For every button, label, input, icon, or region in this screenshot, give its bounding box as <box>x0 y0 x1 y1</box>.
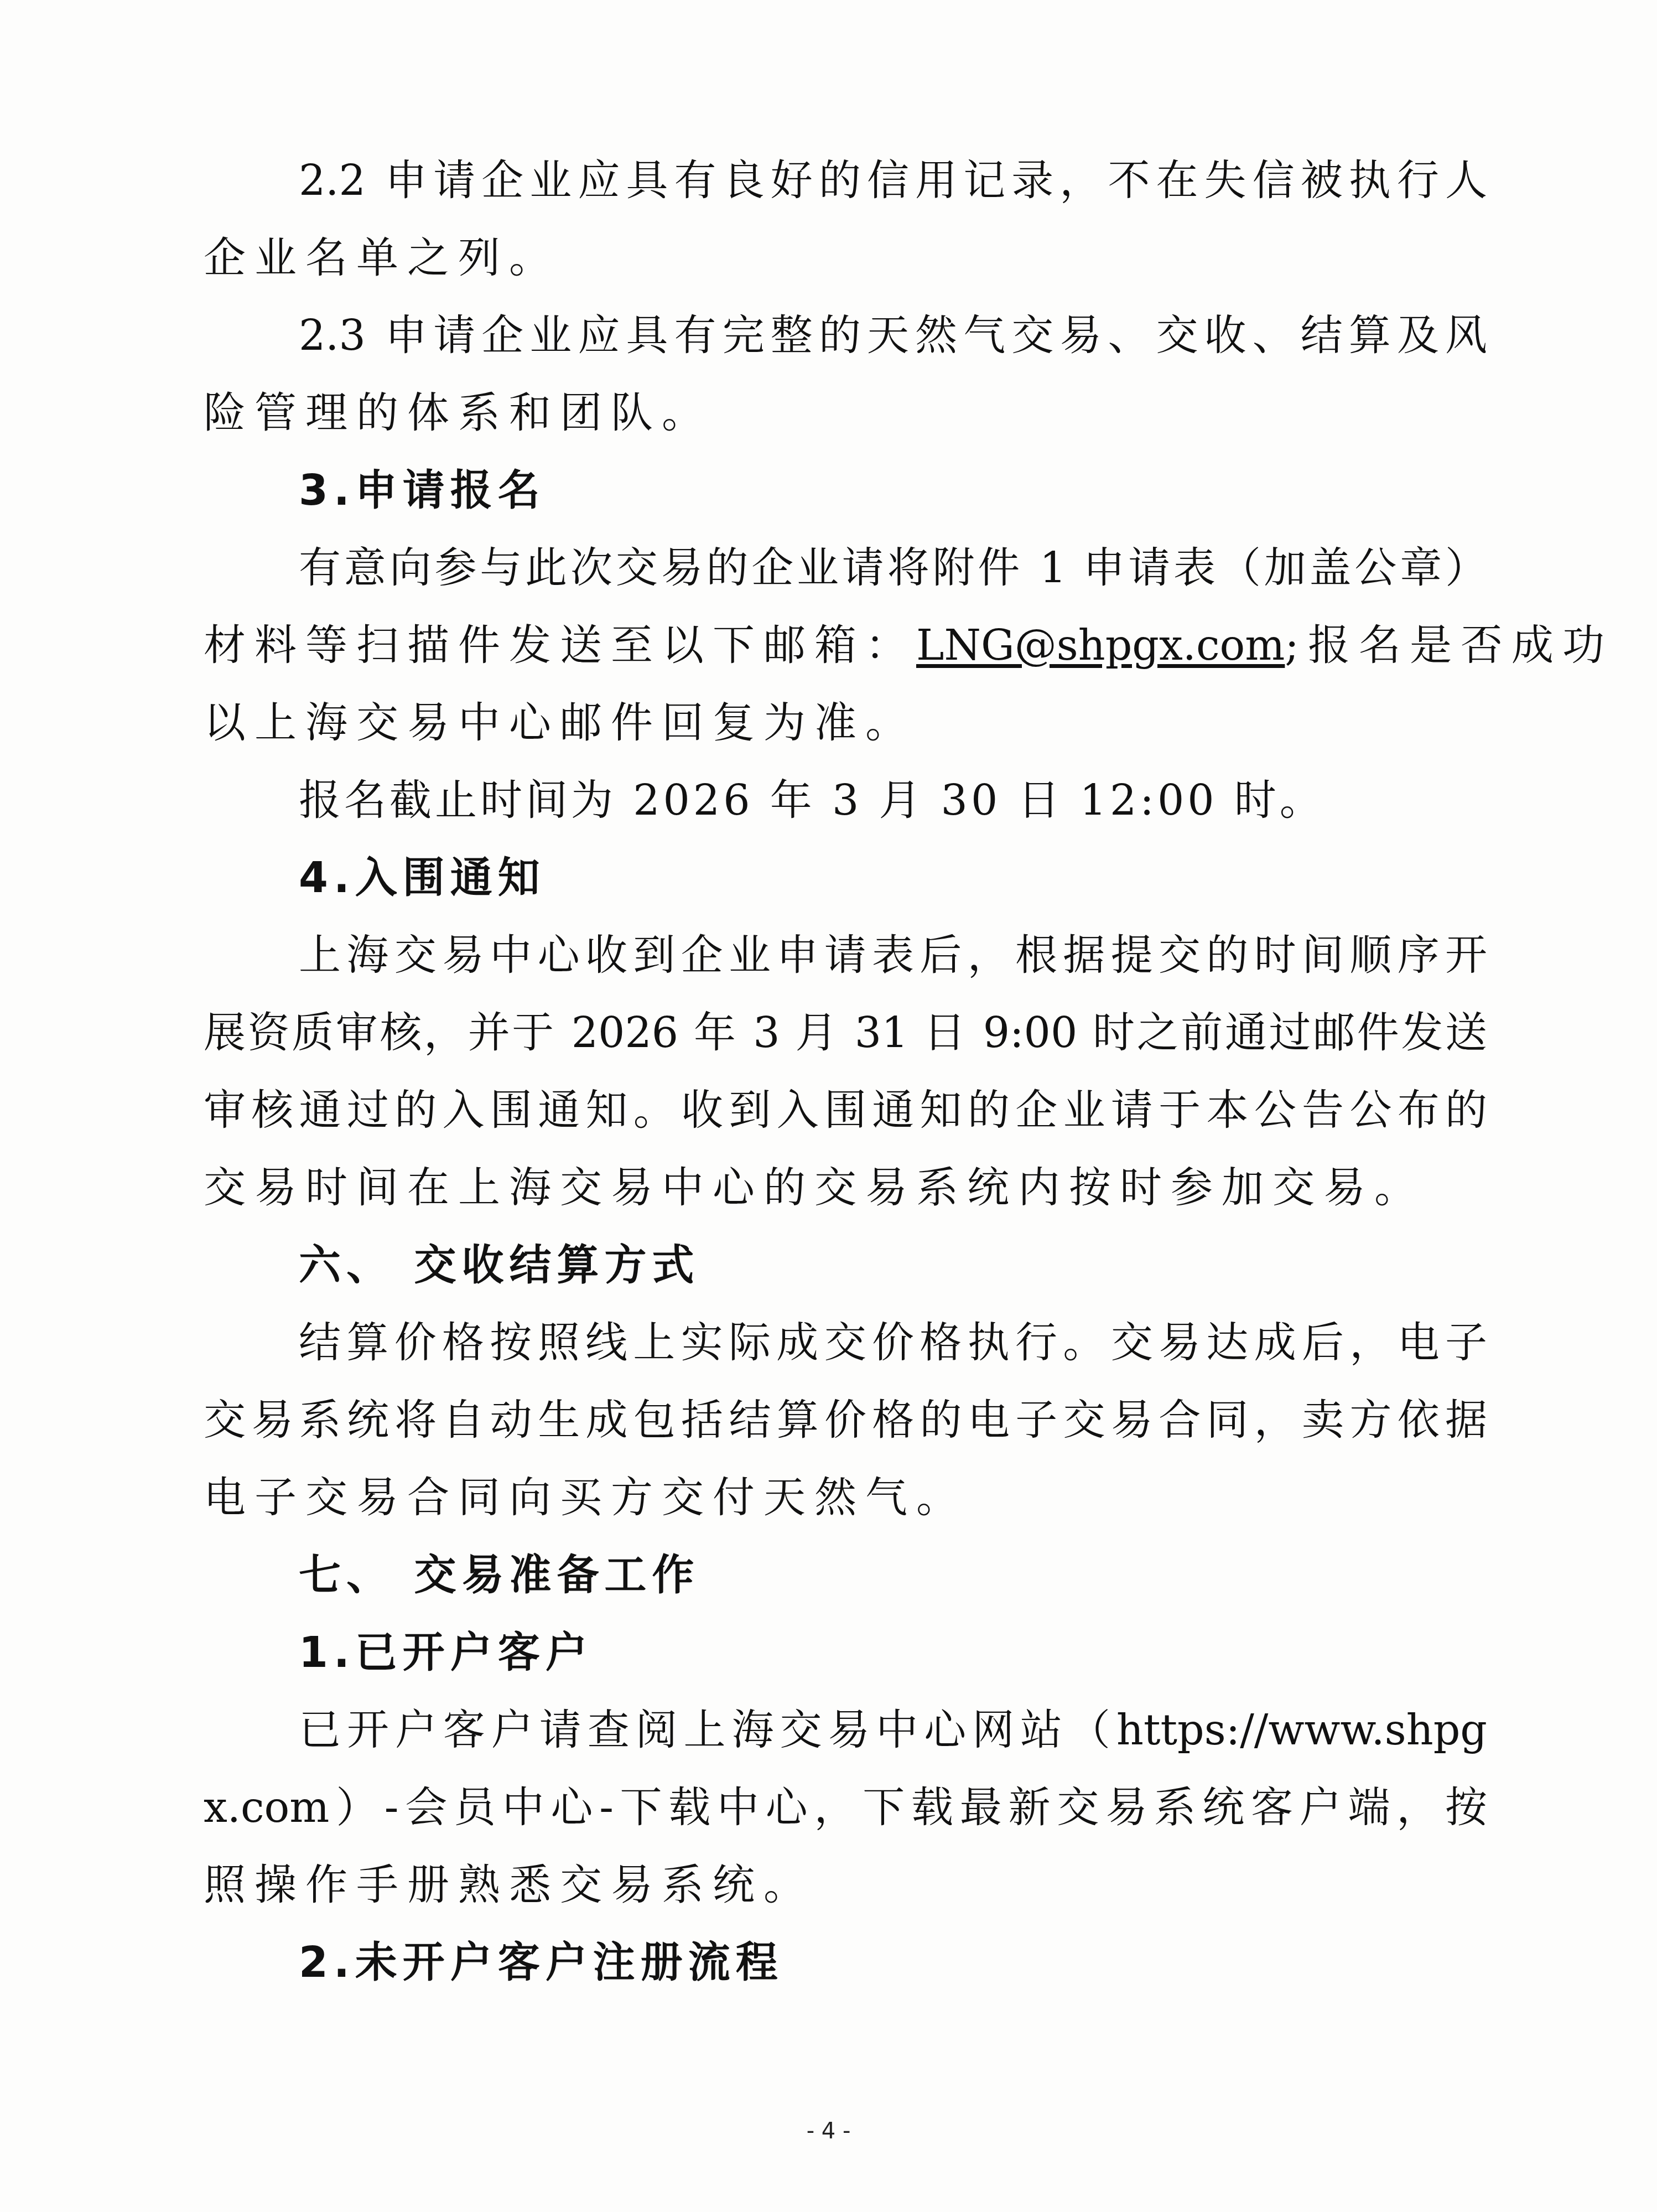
paragraph-6-line-3: 电子交易合同向买方交付天然气。 <box>204 1471 1487 1524</box>
paragraph-4-line-1: 上海交易中心收到企业申请表后，根据提交的时间顺序开 <box>299 929 1487 982</box>
heading-trading-preparation: 七、 交易准备工作 <box>299 1548 1487 1602</box>
email-link[interactable]: LNG@shpgx.com <box>916 620 1285 670</box>
paragraph-4-line-3: 审核通过的入围通知。收到入围通知的企业请于本公告公布的 <box>204 1084 1487 1137</box>
paragraph-7-1-line-3: 照操作手册熟悉交易系统。 <box>204 1858 1487 1911</box>
paragraph-3-line-2: 材料等扫描件发送至以下邮箱：LNG@shpgx.com;报名是否成功 <box>204 619 1487 672</box>
registration-deadline: 报名截止时间为 2026 年 3 月 30 日 12:00 时。 <box>299 774 1487 827</box>
paragraph-4-line-4: 交易时间在上海交易中心的交易系统内按时参加交易。 <box>204 1161 1487 1214</box>
paragraph-3-line-2-prefix: 材料等扫描件发送至以下邮箱： <box>204 620 916 670</box>
heading-existing-accounts: 1.已开户客户 <box>299 1626 1487 1679</box>
heading-new-account-registration: 2.未开户客户注册流程 <box>299 1936 1487 1989</box>
paragraph-4-line-2: 展资质审核，并于 2026 年 3 月 31 日 9:00 时之前通过邮件发送 <box>204 1006 1487 1059</box>
paragraph-3-line-2-suffix: ;报名是否成功 <box>1285 620 1613 670</box>
paragraph-3-line-3: 以上海交易中心邮件回复为准。 <box>204 696 1487 749</box>
heading-settlement-method: 六、 交收结算方式 <box>299 1239 1487 1292</box>
paragraph-2-3-line-2: 险管理的体系和团队。 <box>204 386 1487 439</box>
paragraph-2-2-line-2: 企业名单之列。 <box>204 231 1487 284</box>
heading-shortlist-notice: 4.入围通知 <box>299 851 1487 904</box>
paragraph-2-3-line-1: 2.3 申请企业应具有完整的天然气交易、交收、结算及风 <box>299 309 1487 362</box>
paragraph-6-line-1: 结算价格按照线上实际成交价格执行。交易达成后，电子 <box>299 1316 1487 1369</box>
paragraph-2-2-line-1: 2.2 申请企业应具有良好的信用记录，不在失信被执行人 <box>299 154 1487 207</box>
paragraph-7-1-line-2: x.com）-会员中心-下载中心，下载最新交易系统客户端，按 <box>204 1781 1487 1834</box>
heading-apply-registration: 3.申请报名 <box>299 464 1487 517</box>
page-number: - 4 - <box>0 2118 1657 2144</box>
paragraph-6-line-2: 交易系统将自动生成包括结算价格的电子交易合同，卖方依据 <box>204 1393 1487 1447</box>
paragraph-7-1-line-1: 已开户客户请查阅上海交易中心网站（https://www.shpg <box>299 1703 1487 1757</box>
paragraph-3-line-1: 有意向参与此次交易的企业请将附件 1 申请表（加盖公章） <box>299 541 1487 594</box>
